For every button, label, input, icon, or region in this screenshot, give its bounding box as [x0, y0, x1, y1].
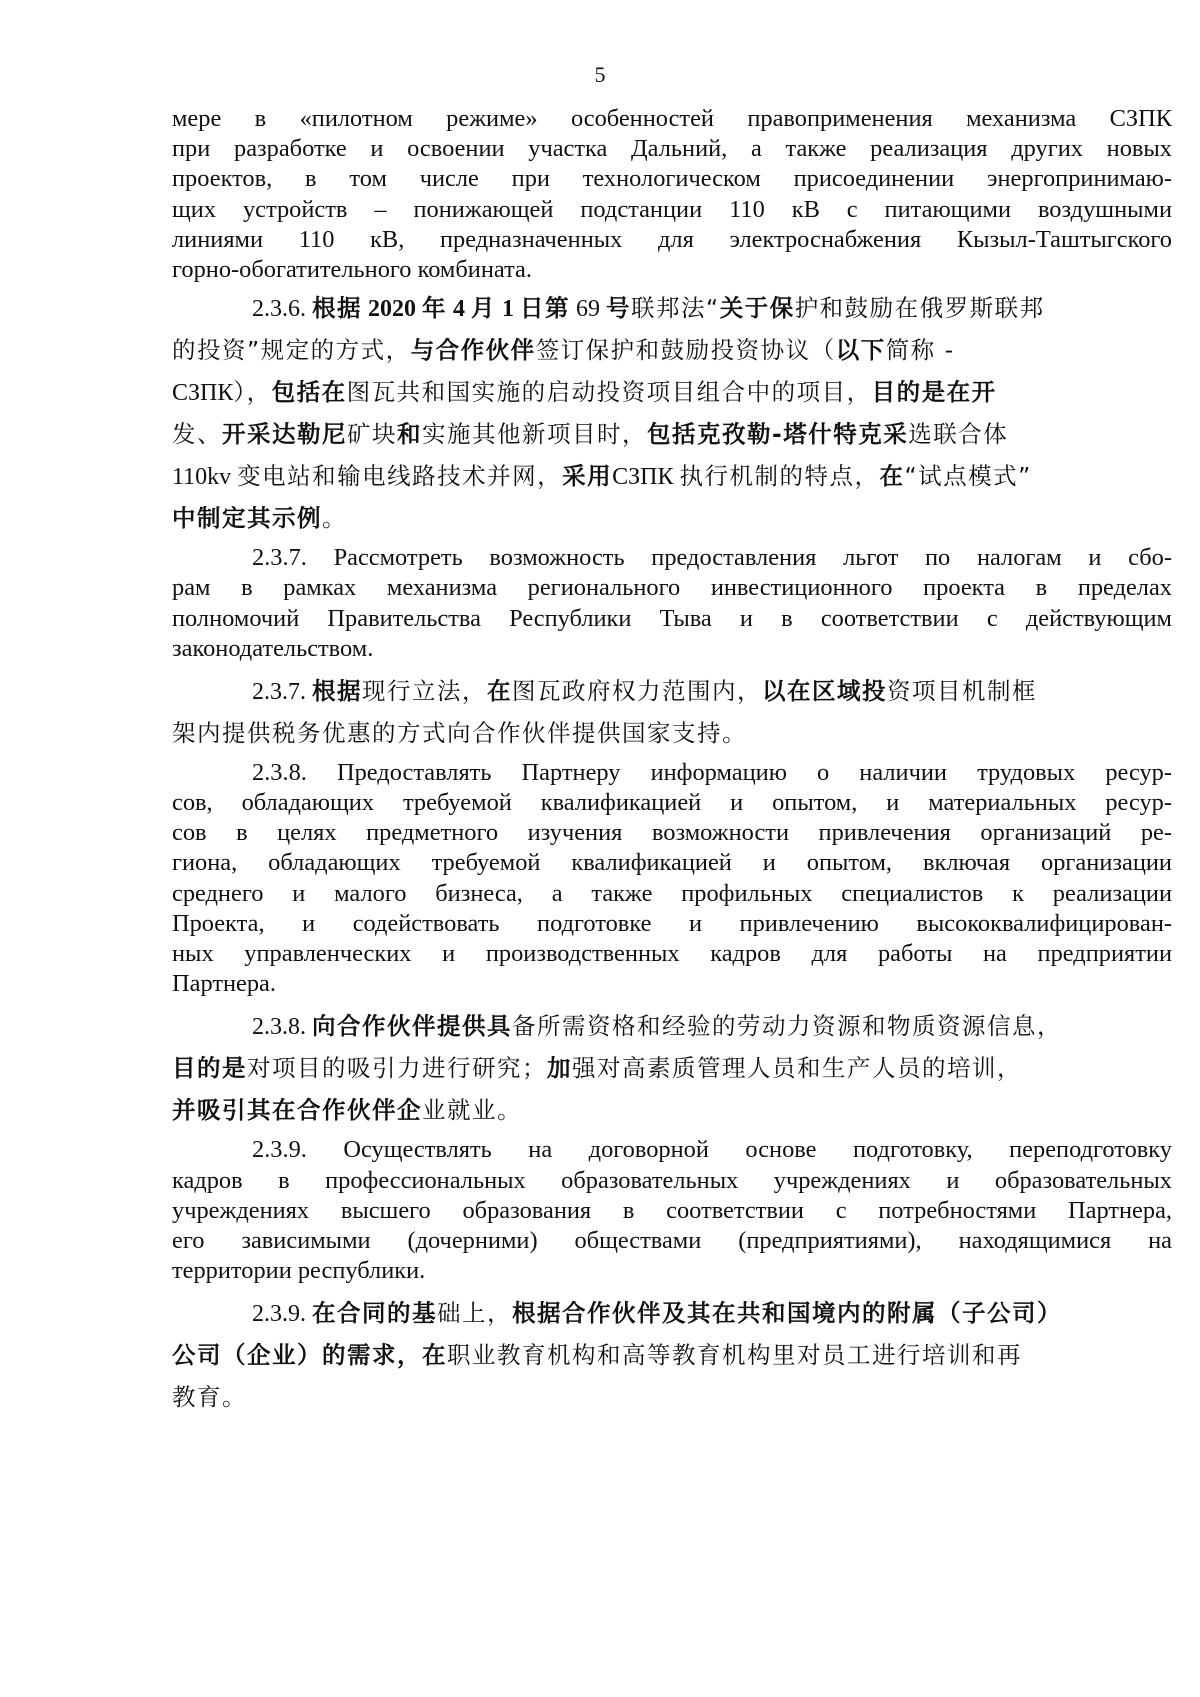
paragraph-zh-2-3-8: 2.3.8. 向合作伙伴提供具备所需资格和经验的劳动力资源和物质资源信息，目的是…	[172, 1005, 1172, 1131]
bold-text-run: 关于保	[720, 294, 795, 322]
text-line: гиона, обладающих требуемой квалификацие…	[172, 848, 1172, 878]
text-line: при разработке и освоении участка Дальни…	[172, 134, 1172, 164]
bold-text-run: 2020	[362, 296, 422, 322]
bold-text-run: 日第	[520, 294, 570, 322]
text-run: 架内提供税务优惠的方式向合作伙伴提供国家支持。	[172, 719, 747, 747]
text-line: 2.3.7. 根据现行立法，在图瓦政府权力范围内，以在区域投资项目机制框	[172, 670, 1172, 712]
bold-text-run: 采用	[562, 462, 612, 490]
text-run: СЗПК	[172, 380, 233, 406]
text-line: сов, обладающих требуемой квалификацией …	[172, 788, 1172, 818]
bold-text-run: 开采达勒尼	[222, 420, 347, 448]
text-run: 执行机制的特点，	[679, 462, 879, 490]
text-run: “试点模式”	[904, 462, 1031, 490]
page-number: 5	[0, 62, 1200, 88]
text-run: 业就业。	[422, 1096, 522, 1124]
text-line: 2.3.8. Предоставлять Партнеру информацию…	[172, 758, 1172, 788]
bold-text-run: 以下	[836, 336, 886, 364]
text-line: законодательством.	[172, 634, 1172, 664]
text-run: 简称 -	[886, 336, 955, 364]
paragraph-zh-2-3-9: 2.3.9. 在合同的基础上，根据合作伙伴及其在共和国境内的附属（子公司）公司（…	[172, 1292, 1172, 1418]
clause-number: 2.3.7.	[252, 679, 312, 705]
text-run: 实施其他新项目时，	[422, 420, 647, 448]
text-run: 变电站和输电线路技术并网，	[237, 462, 562, 490]
text-line: Проекта, и содействовать подготовке и пр…	[172, 909, 1172, 939]
bold-text-run: 并吸引其在合作伙伴企	[172, 1096, 422, 1124]
text-line: территории республики.	[172, 1256, 1172, 1286]
text-run: 资项目机制框	[887, 677, 1037, 705]
bold-text-run: 月	[471, 294, 496, 322]
text-line: 110kv 变电站和输电线路技术并网，采用СЗПК 执行机制的特点，在“试点模式…	[172, 455, 1172, 497]
bold-text-run: 包括在	[272, 378, 347, 406]
text-run: 签订保护和鼓励投资协议（	[536, 336, 836, 364]
text-line: проектов, в том числе при технологическо…	[172, 164, 1172, 194]
text-line: 目的是对项目的吸引力进行研究；加强对高素质管理人员和生产人员的培训，	[172, 1047, 1172, 1089]
text-run: 矿块	[347, 420, 397, 448]
text-run: 69	[570, 296, 606, 322]
bold-text-run: 与合作伙伴	[411, 336, 536, 364]
text-line: Партнера.	[172, 969, 1172, 999]
bold-text-run: 以在区域投	[762, 677, 887, 705]
bold-text-run: 中制定其示例	[172, 504, 322, 532]
bold-text-run: 年	[422, 294, 447, 322]
text-line: мере в «пилотном режиме» особенностей пр…	[172, 104, 1172, 134]
text-run: 强对高素质管理人员和生产人员的培训，	[572, 1054, 1022, 1082]
clause-number: 2.3.8.	[252, 1014, 312, 1040]
bold-text-run: 向合作伙伴提供具	[312, 1012, 512, 1040]
text-line: СЗПК），包括在图瓦共和国实施的启动投资项目组合中的项目，目的是在开	[172, 371, 1172, 413]
paragraph-ru-continuation: мере в «пилотном режиме» особенностей пр…	[172, 104, 1172, 285]
text-line: ных управленческих и производственных ка…	[172, 939, 1172, 969]
text-run: 110kv	[172, 464, 237, 490]
text-line: среднего и малого бизнеса, а также профи…	[172, 879, 1172, 909]
bold-text-run: 根据	[312, 294, 362, 322]
text-run: 发、	[172, 420, 222, 448]
text-run: СЗПК	[612, 464, 679, 490]
bold-text-run: 号	[606, 294, 631, 322]
text-run: 的投资”规定的方式，	[172, 336, 411, 364]
text-run: 教育。	[172, 1383, 247, 1411]
text-line: его зависимыми (дочерними) обществами (п…	[172, 1226, 1172, 1256]
bold-text-run: 在	[487, 677, 512, 705]
text-run: 图瓦政府权力范围内，	[512, 677, 762, 705]
text-line: кадров в профессиональных образовательны…	[172, 1166, 1172, 1196]
text-line: линиями 110 кВ, предназначенных для элек…	[172, 225, 1172, 255]
text-run: 联邦法“	[631, 294, 720, 322]
text-run: ），	[233, 378, 271, 406]
paragraph-ru-2-3-8: 2.3.8. Предоставлять Партнеру информацию…	[172, 758, 1172, 1000]
bold-text-run: 公司（企业）的需求，在	[172, 1341, 447, 1369]
bold-text-run: 1	[496, 296, 520, 322]
text-line: 2.3.9. Осуществлять на договорной основе…	[172, 1135, 1172, 1165]
bold-text-run: 根据	[312, 677, 362, 705]
text-line: 公司（企业）的需求，在职业教育机构和高等教育机构里对员工进行培训和再	[172, 1334, 1172, 1376]
paragraph-zh-2-3-7: 2.3.7. 根据现行立法，在图瓦政府权力范围内，以在区域投资项目机制框架内提供…	[172, 670, 1172, 754]
text-run: 护和鼓励在俄罗斯联邦	[795, 294, 1045, 322]
text-line: учреждениях высшего образования в соотве…	[172, 1196, 1172, 1226]
bold-text-run: 根据合作伙伴及其在共和国境内的附属（子公司）	[512, 1299, 1062, 1327]
paragraph-ru-2-3-7: 2.3.7. Рассмотреть возможность предостав…	[172, 543, 1172, 664]
text-run: 础上，	[437, 1299, 512, 1327]
text-run: 现行立法，	[362, 677, 487, 705]
bold-text-run: 在合同的基	[312, 1299, 437, 1327]
text-run: 对项目的吸引力进行研究；	[247, 1054, 547, 1082]
paragraph-ru-2-3-9: 2.3.9. Осуществлять на договорной основе…	[172, 1135, 1172, 1286]
paragraph-zh-2-3-6: 2.3.6. 根据 2020 年 4 月 1 日第 69 号联邦法“关于保护和鼓…	[172, 287, 1172, 539]
bold-text-run: 4	[447, 296, 471, 322]
bold-text-run: 包括克孜勒-塔什特克采	[647, 420, 908, 448]
text-line: 2.3.6. 根据 2020 年 4 月 1 日第 69 号联邦法“关于保护和鼓…	[172, 287, 1172, 329]
text-run: 职业教育机构和高等教育机构里对员工进行培训和再	[447, 1341, 1022, 1369]
bold-text-run: 目的是	[172, 1054, 247, 1082]
text-line: 发、开采达勒尼矿块和实施其他新项目时，包括克孜勒-塔什特克采选联合体	[172, 413, 1172, 455]
text-line: 2.3.7. Рассмотреть возможность предостав…	[172, 543, 1172, 573]
text-line: сов в целях предметного изучения возможн…	[172, 818, 1172, 848]
text-line: 2.3.8. 向合作伙伴提供具备所需资格和经验的劳动力资源和物质资源信息，	[172, 1005, 1172, 1047]
bold-text-run: 在	[879, 462, 904, 490]
bold-text-run: 和	[397, 420, 422, 448]
text-line: 架内提供税务优惠的方式向合作伙伴提供国家支持。	[172, 712, 1172, 754]
clause-number: 2.3.9.	[252, 1301, 312, 1327]
text-line: полномочий Правительства Республики Тыва…	[172, 604, 1172, 634]
text-line: 2.3.9. 在合同的基础上，根据合作伙伴及其在共和国境内的附属（子公司）	[172, 1292, 1172, 1334]
document-body: мере в «пилотном режиме» особенностей пр…	[172, 104, 1172, 1418]
clause-number: 2.3.6.	[252, 296, 312, 322]
text-line: щих устройств – понижающей подстанции 11…	[172, 195, 1172, 225]
text-line: горно-обогатительного комбината.	[172, 255, 1172, 285]
text-run: 选联合体	[908, 420, 1008, 448]
text-run: 备所需资格和经验的劳动力资源和物质资源信息，	[512, 1012, 1062, 1040]
text-line: 教育。	[172, 1376, 1172, 1418]
text-line: 并吸引其在合作伙伴企业就业。	[172, 1089, 1172, 1131]
text-run: 图瓦共和国实施的启动投资项目组合中的项目，	[347, 378, 872, 406]
bold-text-run: 加	[547, 1054, 572, 1082]
bold-text-run: 目的是在开	[872, 378, 997, 406]
text-line: 中制定其示例。	[172, 497, 1172, 539]
text-line: 的投资”规定的方式，与合作伙伴签订保护和鼓励投资协议（以下简称 -	[172, 329, 1172, 371]
text-line: рам в рамках механизма регионального инв…	[172, 573, 1172, 603]
text-run: 。	[322, 504, 347, 532]
